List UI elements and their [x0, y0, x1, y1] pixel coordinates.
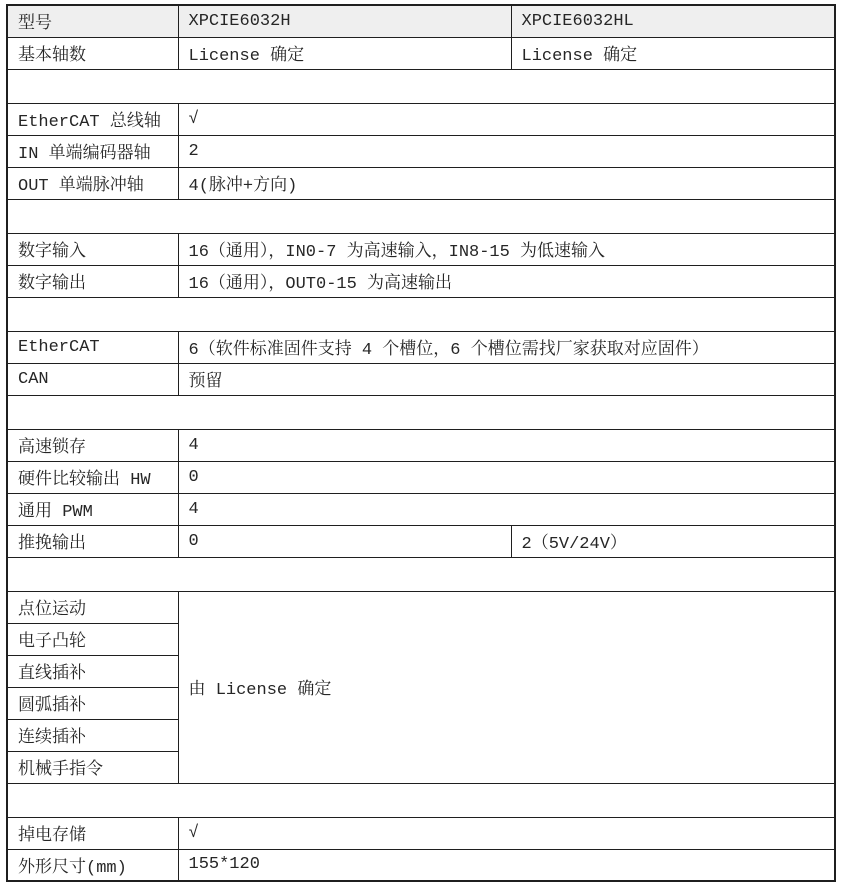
spacer-cell [7, 557, 835, 591]
spacer-row [7, 783, 835, 817]
model-value-hl: XPCIE6032HL [511, 5, 835, 37]
can-label: CAN [7, 363, 178, 395]
out-pulse-axes-label: OUT 单端脉冲轴 [7, 167, 178, 199]
point-motion-row: 点位运动 由 License 确定 [7, 591, 835, 623]
ethercat-row: EtherCAT 6（软件标准固件支持 4 个槽位，6 个槽位需找厂家获取对应固… [7, 331, 835, 363]
spacer-row [7, 297, 835, 331]
point-motion-label: 点位运动 [7, 591, 178, 623]
ethercat-label: EtherCAT [7, 331, 178, 363]
pwm-label: 通用 PWM [7, 493, 178, 525]
spacer-cell [7, 395, 835, 429]
in-encoder-axes-row: IN 单端编码器轴 2 [7, 135, 835, 167]
can-row: CAN 预留 [7, 363, 835, 395]
digital-input-label: 数字输入 [7, 233, 178, 265]
power-off-storage-label: 掉电存储 [7, 817, 178, 849]
spec-table: 型号 XPCIE6032H XPCIE6032HL 基本轴数 License 确… [6, 4, 836, 882]
robot-command-label: 机械手指令 [7, 751, 178, 783]
pwm-value: 4 [178, 493, 835, 525]
model-value-h: XPCIE6032H [178, 5, 511, 37]
spacer-cell [7, 297, 835, 331]
continuous-interpolation-label: 连续插补 [7, 719, 178, 751]
digital-input-row: 数字输入 16（通用），IN0-7 为高速输入，IN8-15 为低速输入 [7, 233, 835, 265]
power-off-storage-value: √ [178, 817, 835, 849]
high-speed-latch-row: 高速锁存 4 [7, 429, 835, 461]
spacer-cell [7, 199, 835, 233]
spec-sheet-page: 型号 XPCIE6032H XPCIE6032HL 基本轴数 License 确… [6, 4, 836, 882]
spacer-row [7, 199, 835, 233]
out-pulse-axes-value: 4(脉冲+方向) [178, 167, 835, 199]
ethercat-bus-axes-value: √ [178, 103, 835, 135]
digital-input-value: 16（通用），IN0-7 为高速输入，IN8-15 为低速输入 [178, 233, 835, 265]
base-axes-row: 基本轴数 License 确定 License 确定 [7, 37, 835, 69]
push-pull-output-label: 推挽输出 [7, 525, 178, 557]
digital-output-value: 16（通用），OUT0-15 为高速输出 [178, 265, 835, 297]
in-encoder-axes-label: IN 单端编码器轴 [7, 135, 178, 167]
arc-interpolation-label: 圆弧插补 [7, 687, 178, 719]
dimensions-value: 155*120 [178, 849, 835, 881]
base-axes-value-h: License 确定 [178, 37, 511, 69]
ethercat-value: 6（软件标准固件支持 4 个槽位，6 个槽位需找厂家获取对应固件） [178, 331, 835, 363]
ethercat-bus-axes-label: EtherCAT 总线轴 [7, 103, 178, 135]
digital-output-label: 数字输出 [7, 265, 178, 297]
linear-interpolation-label: 直线插补 [7, 655, 178, 687]
spacer-row [7, 557, 835, 591]
base-axes-label: 基本轴数 [7, 37, 178, 69]
motion-license-value: 由 License 确定 [178, 591, 835, 783]
spacer-cell [7, 783, 835, 817]
power-off-storage-row: 掉电存储 √ [7, 817, 835, 849]
electronic-cam-label: 电子凸轮 [7, 623, 178, 655]
spacer-row [7, 69, 835, 103]
spacer-row [7, 395, 835, 429]
hw-compare-output-label: 硬件比较输出 HW [7, 461, 178, 493]
dimensions-label: 外形尺寸(mm) [7, 849, 178, 881]
spacer-cell [7, 69, 835, 103]
out-pulse-axes-row: OUT 单端脉冲轴 4(脉冲+方向) [7, 167, 835, 199]
can-value: 预留 [178, 363, 835, 395]
push-pull-output-row: 推挽输出 0 2（5V/24V） [7, 525, 835, 557]
high-speed-latch-label: 高速锁存 [7, 429, 178, 461]
pwm-row: 通用 PWM 4 [7, 493, 835, 525]
ethercat-bus-axes-row: EtherCAT 总线轴 √ [7, 103, 835, 135]
push-pull-output-value-h: 0 [178, 525, 511, 557]
hw-compare-output-value: 0 [178, 461, 835, 493]
model-label: 型号 [7, 5, 178, 37]
in-encoder-axes-value: 2 [178, 135, 835, 167]
high-speed-latch-value: 4 [178, 429, 835, 461]
model-row: 型号 XPCIE6032H XPCIE6032HL [7, 5, 835, 37]
dimensions-row: 外形尺寸(mm) 155*120 [7, 849, 835, 881]
push-pull-output-value-hl: 2（5V/24V） [511, 525, 835, 557]
digital-output-row: 数字输出 16（通用），OUT0-15 为高速输出 [7, 265, 835, 297]
hw-compare-output-row: 硬件比较输出 HW 0 [7, 461, 835, 493]
base-axes-value-hl: License 确定 [511, 37, 835, 69]
